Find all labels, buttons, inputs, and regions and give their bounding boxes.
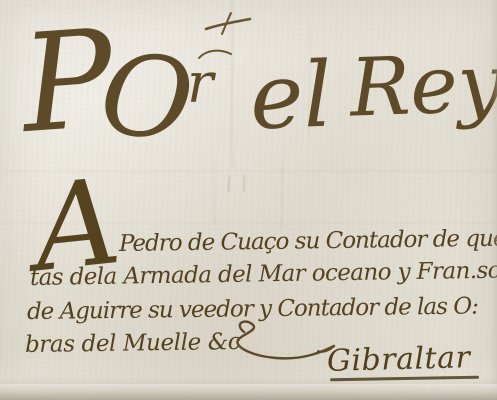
address-line-4: bras del Muelle &c: [25, 331, 241, 357]
superscription-letter-r: r: [187, 56, 213, 111]
destination: Gibraltar: [327, 343, 471, 377]
ink-flourish: [230, 320, 340, 372]
paper-right-edge: [490, 0, 497, 400]
cross-mark: [205, 12, 251, 36]
paper-bottom-edge: [0, 384, 497, 400]
letter-cover-photo: P O r el Rey A Pedro de Cuaço su Contado…: [0, 0, 497, 400]
address-line-1: Pedro de Cuaço su Contador de quen: [119, 227, 497, 256]
superscription-word-rey: Rey: [349, 43, 497, 128]
superscription-letter-o: O: [95, 38, 198, 159]
abbreviation-macron: [197, 47, 233, 61]
superscription-word-el: el: [248, 51, 333, 144]
